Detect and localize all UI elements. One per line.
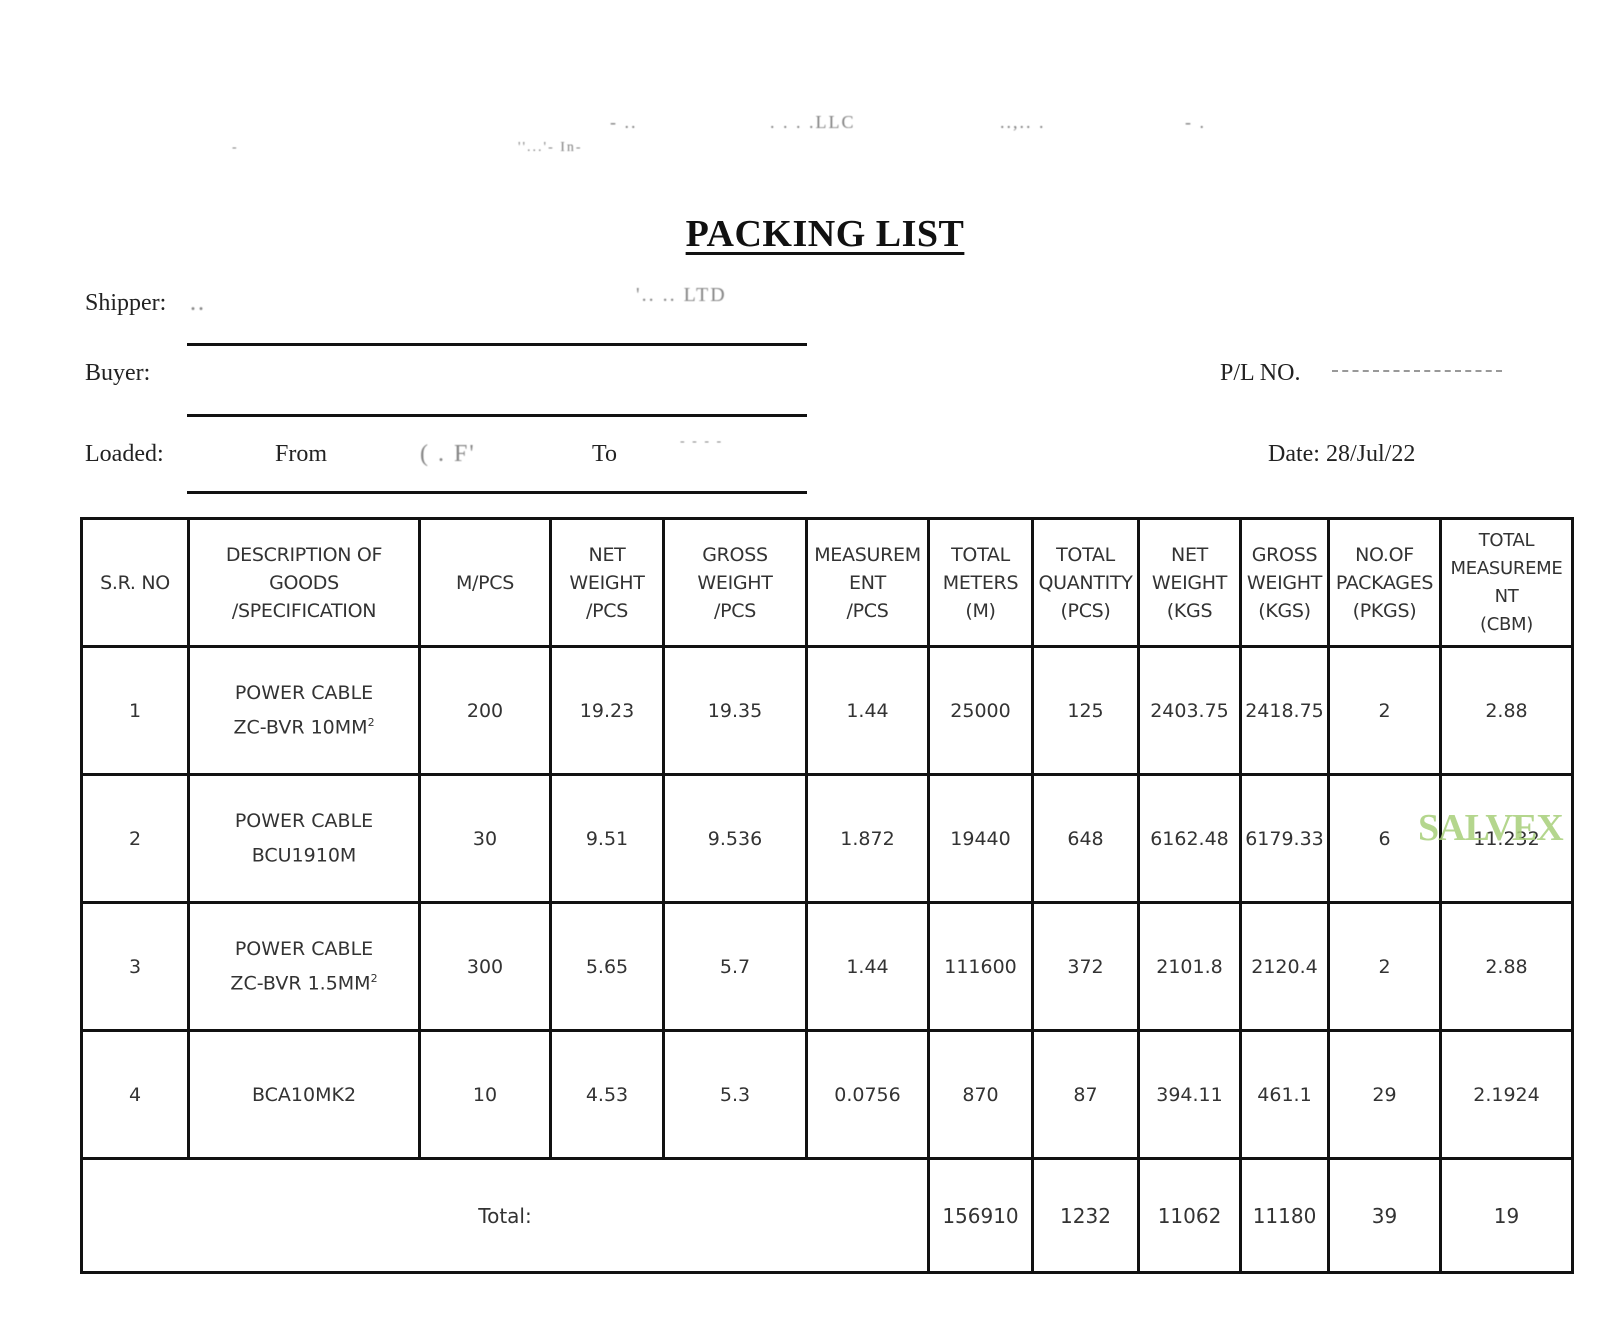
redacted-header-text: - bbox=[232, 140, 239, 156]
loaded-label: Loaded: bbox=[85, 441, 164, 468]
cell-m-pcs: 300 bbox=[420, 903, 551, 1031]
table-row: 1 POWER CABLE ZC-BVR 10MM2 200 19.23 19.… bbox=[82, 647, 1573, 775]
cell-packages: 2 bbox=[1329, 903, 1441, 1031]
column-header-total-meters: TOTAL METERS (M) bbox=[929, 519, 1033, 647]
total-quantity: 1232 bbox=[1033, 1159, 1139, 1273]
table-row: 4 BCA10MK2 10 4.53 5.3 0.0756 870 87 394… bbox=[82, 1031, 1573, 1159]
table-row: 2 POWER CABLE BCU1910M 30 9.51 9.536 1.8… bbox=[82, 775, 1573, 903]
column-header-net-weight-kgs: NET WEIGHT (KGS bbox=[1139, 519, 1241, 647]
cell-gross-weight-kgs: 2120.4 bbox=[1241, 903, 1329, 1031]
packing-list-table: S.R. NO DESCRIPTION OF GOODS /SPECIFICAT… bbox=[80, 517, 1574, 1274]
cell-total-quantity: 372 bbox=[1033, 903, 1139, 1031]
cell-packages: 2 bbox=[1329, 647, 1441, 775]
cell-m-pcs: 10 bbox=[420, 1031, 551, 1159]
redacted-header-text: ..,.. . bbox=[1000, 112, 1046, 133]
column-header-total-measurement: TOTAL MEASUREME NT (CBM) bbox=[1441, 519, 1573, 647]
cell-total-meters: 111600 bbox=[929, 903, 1033, 1031]
date-value: 28/Jul/22 bbox=[1326, 441, 1415, 467]
column-header-gross-weight-kgs: GROSS WEIGHT (KGS) bbox=[1241, 519, 1329, 647]
cell-total-measurement: 2.88 bbox=[1441, 903, 1573, 1031]
cell-net-weight-kgs: 394.11 bbox=[1139, 1031, 1241, 1159]
description-line2: ZC-BVR 1.5MM2 bbox=[192, 964, 416, 998]
date-label: Date: bbox=[1268, 441, 1320, 467]
cell-sr-no: 2 bbox=[82, 775, 189, 903]
description-line2: BCU1910M bbox=[192, 836, 416, 870]
cell-sr-no: 1 bbox=[82, 647, 189, 775]
cell-gross-weight-kgs: 461.1 bbox=[1241, 1031, 1329, 1159]
cell-net-weight-pcs: 5.65 bbox=[551, 903, 664, 1031]
cell-net-weight-pcs: 4.53 bbox=[551, 1031, 664, 1159]
cell-description: BCA10MK2 bbox=[189, 1031, 420, 1159]
cell-total-measurement: 2.1924 bbox=[1441, 1031, 1573, 1159]
description-line2: ZC-BVR 10MM2 bbox=[192, 708, 416, 742]
cell-m-pcs: 200 bbox=[420, 647, 551, 775]
pl-no-label: P/L NO. bbox=[1220, 360, 1300, 387]
pl-no-value-redacted bbox=[1332, 370, 1502, 372]
to-label: To bbox=[592, 441, 617, 468]
cell-total-quantity: 87 bbox=[1033, 1031, 1139, 1159]
cell-gross-weight-kgs: 2418.75 bbox=[1241, 647, 1329, 775]
cell-sr-no: 4 bbox=[82, 1031, 189, 1159]
from-value: ( . F' bbox=[420, 441, 476, 468]
column-header-sr-no: S.R. NO bbox=[82, 519, 189, 647]
table-header-row: S.R. NO DESCRIPTION OF GOODS /SPECIFICAT… bbox=[82, 519, 1573, 647]
cell-net-weight-pcs: 9.51 bbox=[551, 775, 664, 903]
cell-gross-weight-pcs: 5.3 bbox=[664, 1031, 807, 1159]
redacted-header-text: . . . .LLC bbox=[770, 112, 856, 133]
cell-gross-weight-pcs: 9.536 bbox=[664, 775, 807, 903]
superscript: 2 bbox=[368, 716, 375, 729]
column-header-net-weight-pcs: NET WEIGHT /PCS bbox=[551, 519, 664, 647]
cell-net-weight-kgs: 6162.48 bbox=[1139, 775, 1241, 903]
column-header-gross-weight-pcs: GROSS WEIGHT /PCS bbox=[664, 519, 807, 647]
cell-gross-weight-pcs: 5.7 bbox=[664, 903, 807, 1031]
total-row: Total: 156910 1232 11062 11180 39 19 bbox=[82, 1159, 1573, 1273]
description-line1: POWER CABLE bbox=[192, 934, 416, 964]
cell-description: POWER CABLE ZC-BVR 1.5MM2 bbox=[189, 903, 420, 1031]
cell-gross-weight-pcs: 19.35 bbox=[664, 647, 807, 775]
cell-packages: 6 bbox=[1329, 775, 1441, 903]
redacted-header-text: - . bbox=[1185, 112, 1206, 133]
redacted-header-text: ''...'- In- bbox=[518, 140, 583, 156]
column-header-total-quantity: TOTAL QUANTITY (PCS) bbox=[1033, 519, 1139, 647]
document-title: PACKING LIST bbox=[0, 212, 1600, 256]
cell-sr-no: 3 bbox=[82, 903, 189, 1031]
cell-m-pcs: 30 bbox=[420, 775, 551, 903]
cell-total-measurement: 11.232 bbox=[1441, 775, 1573, 903]
cell-total-meters: 870 bbox=[929, 1031, 1033, 1159]
total-measurement: 19 bbox=[1441, 1159, 1573, 1273]
shipper-value-start: .. bbox=[190, 290, 206, 317]
column-header-measurement-pcs: MEASUREM ENT /PCS bbox=[807, 519, 929, 647]
cell-net-weight-pcs: 19.23 bbox=[551, 647, 664, 775]
cell-net-weight-kgs: 2403.75 bbox=[1139, 647, 1241, 775]
cell-total-meters: 19440 bbox=[929, 775, 1033, 903]
shipper-label: Shipper: bbox=[85, 290, 166, 317]
column-header-packages: NO.OF PACKAGES (PKGS) bbox=[1329, 519, 1441, 647]
cell-measurement-pcs: 1.44 bbox=[807, 903, 929, 1031]
buyer-label: Buyer: bbox=[85, 360, 150, 387]
total-net-weight-kgs: 11062 bbox=[1139, 1159, 1241, 1273]
cell-total-measurement: 2.88 bbox=[1441, 647, 1573, 775]
total-label: Total: bbox=[82, 1159, 929, 1273]
from-label: From bbox=[275, 441, 327, 468]
shipper-underline bbox=[187, 343, 807, 346]
date-field: Date: 28/Jul/22 bbox=[1268, 441, 1415, 468]
description-line1: BCA10MK2 bbox=[192, 1080, 416, 1110]
cell-total-meters: 25000 bbox=[929, 647, 1033, 775]
cell-total-quantity: 648 bbox=[1033, 775, 1139, 903]
description-line1: POWER CABLE bbox=[192, 806, 416, 836]
buyer-underline bbox=[187, 414, 807, 417]
total-packages: 39 bbox=[1329, 1159, 1441, 1273]
superscript: 2 bbox=[371, 972, 378, 985]
column-header-description: DESCRIPTION OF GOODS /SPECIFICATION bbox=[189, 519, 420, 647]
cell-gross-weight-kgs: 6179.33 bbox=[1241, 775, 1329, 903]
cell-measurement-pcs: 1.872 bbox=[807, 775, 929, 903]
cell-description: POWER CABLE BCU1910M bbox=[189, 775, 420, 903]
redacted-header-text: - .. bbox=[610, 112, 638, 133]
total-gross-weight-kgs: 11180 bbox=[1241, 1159, 1329, 1273]
cell-description: POWER CABLE ZC-BVR 10MM2 bbox=[189, 647, 420, 775]
cell-packages: 29 bbox=[1329, 1031, 1441, 1159]
shipper-value-end: '.. .. LTD bbox=[636, 284, 727, 307]
total-meters: 156910 bbox=[929, 1159, 1033, 1273]
cell-measurement-pcs: 1.44 bbox=[807, 647, 929, 775]
description-line1: POWER CABLE bbox=[192, 678, 416, 708]
cell-net-weight-kgs: 2101.8 bbox=[1139, 903, 1241, 1031]
table-row: 3 POWER CABLE ZC-BVR 1.5MM2 300 5.65 5.7… bbox=[82, 903, 1573, 1031]
to-value: - - - - bbox=[680, 434, 723, 450]
cell-measurement-pcs: 0.0756 bbox=[807, 1031, 929, 1159]
column-header-m-pcs: M/PCS bbox=[420, 519, 551, 647]
cell-total-quantity: 125 bbox=[1033, 647, 1139, 775]
loaded-underline bbox=[187, 491, 807, 494]
